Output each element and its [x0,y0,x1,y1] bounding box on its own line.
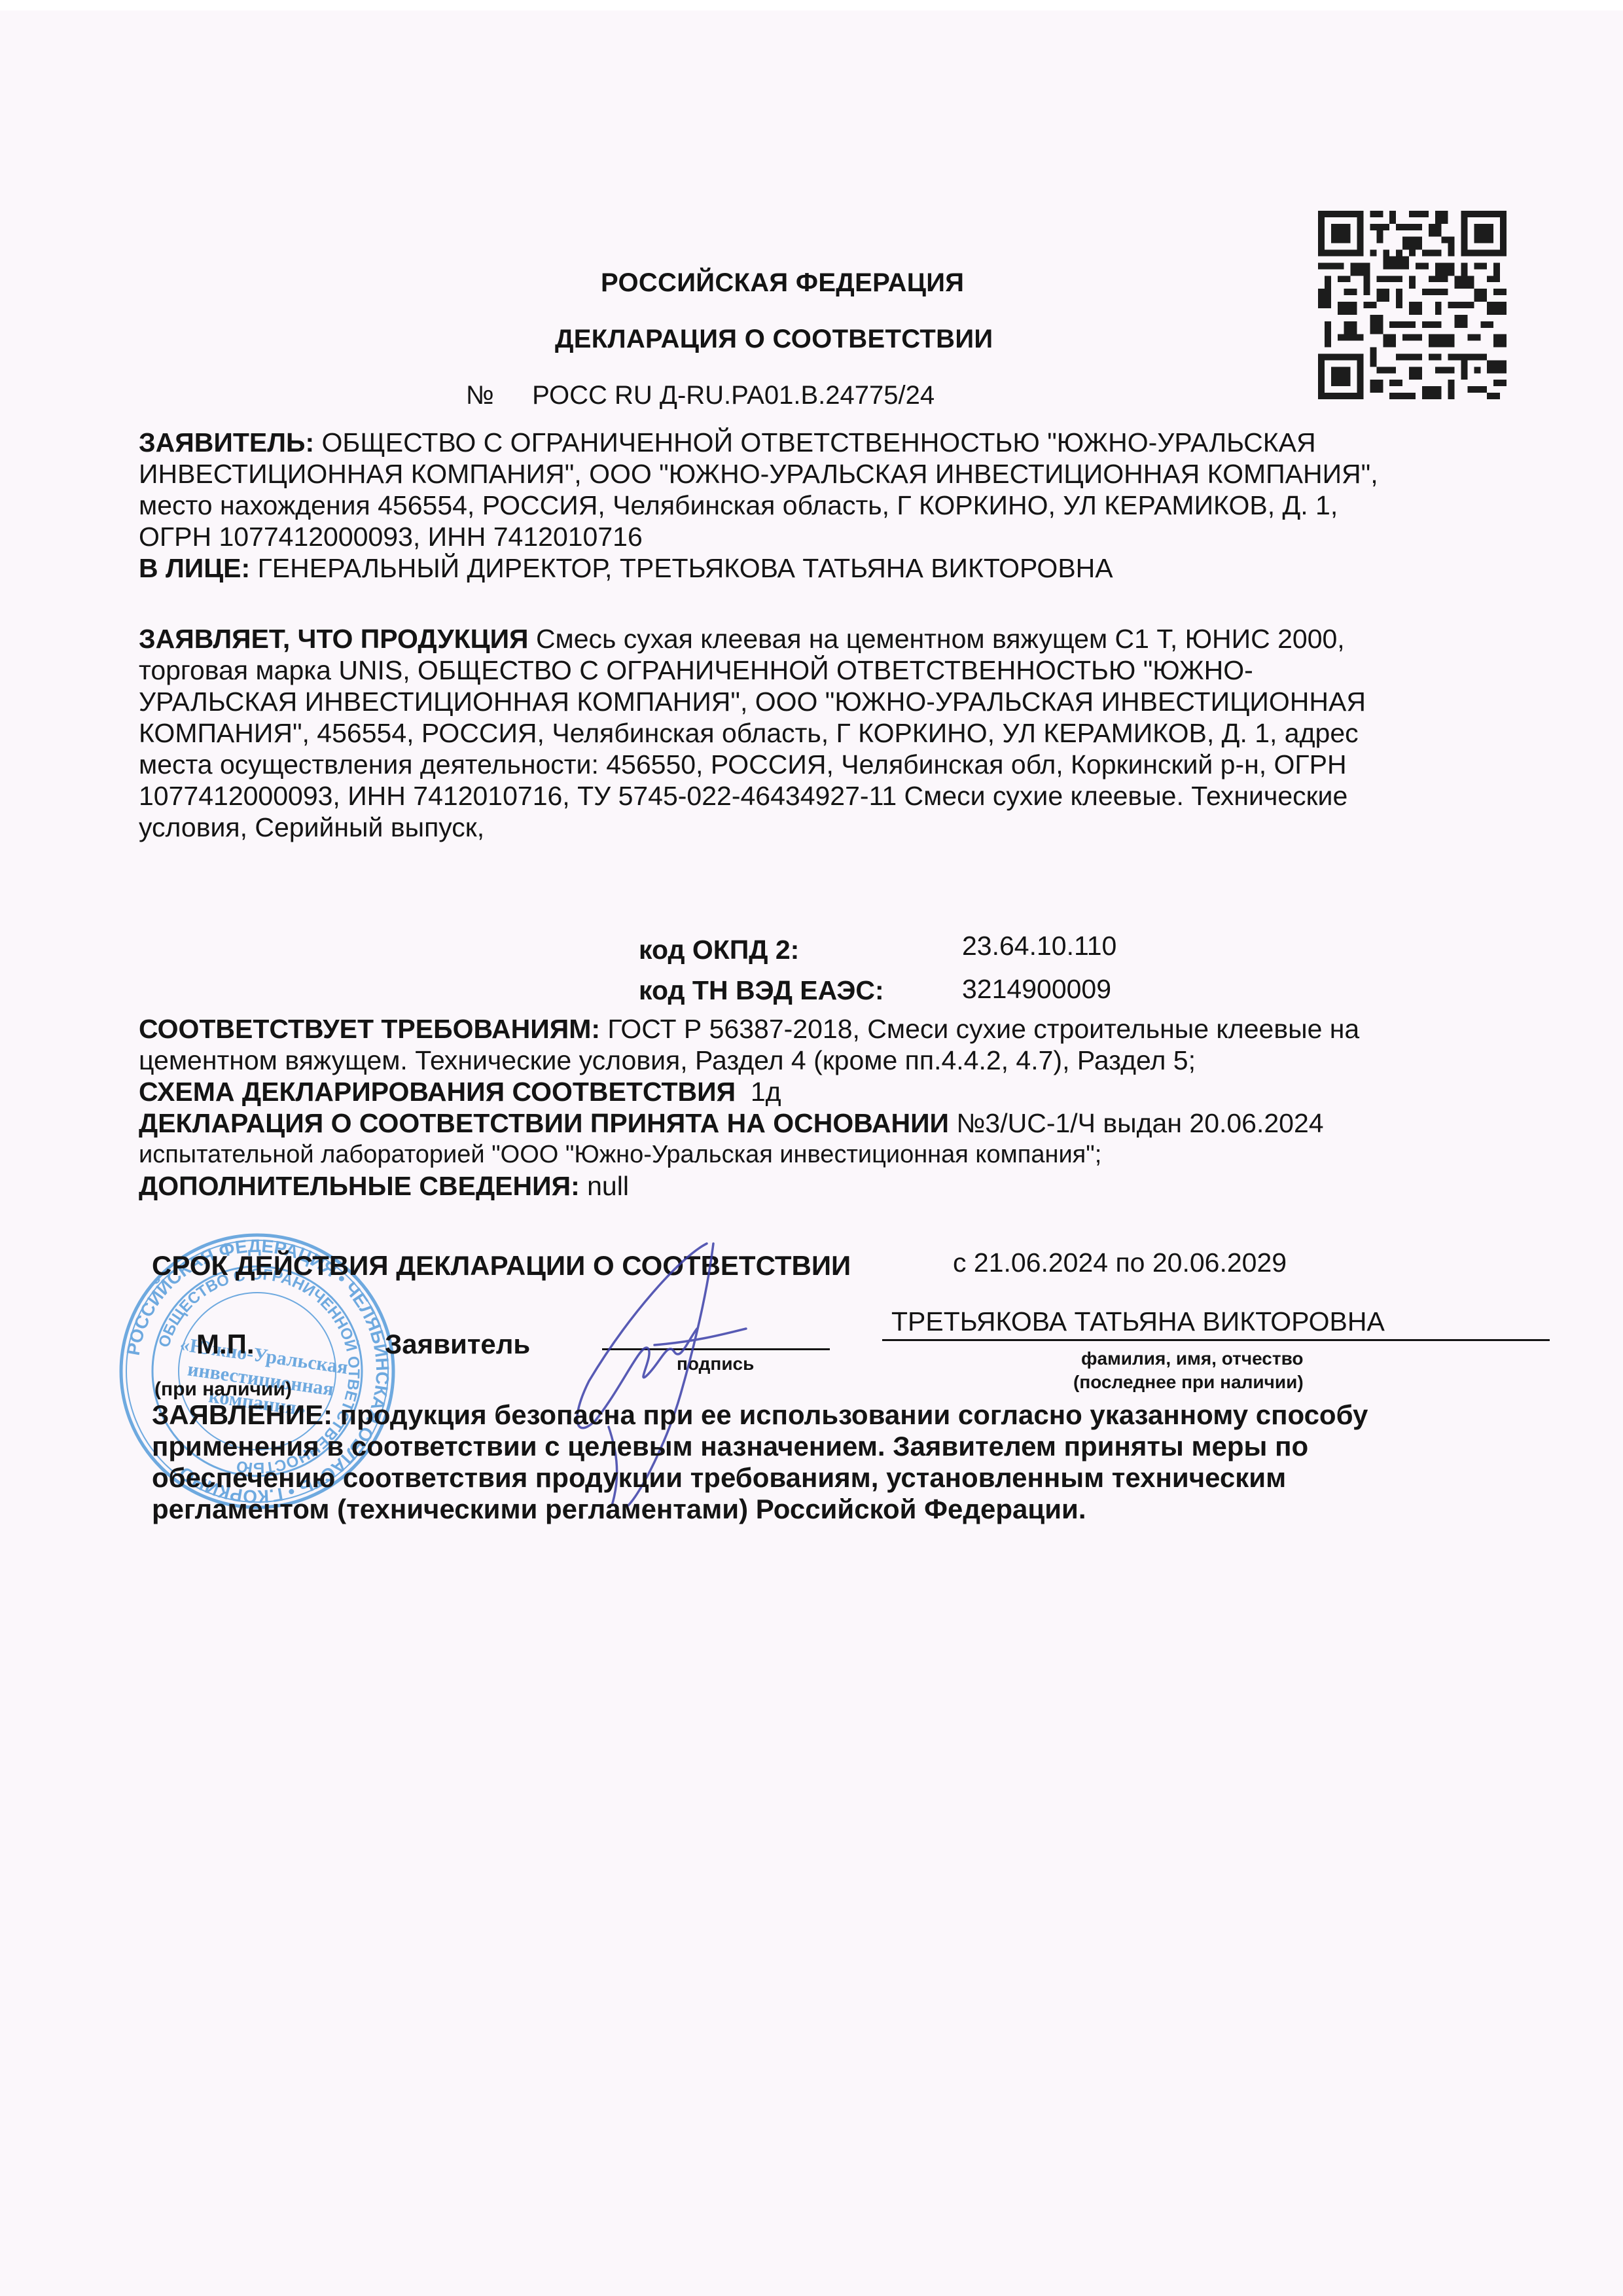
represented-value: ГЕНЕРАЛЬНЫЙ ДИРЕКТОР, ТРЕТЬЯКОВА ТАТЬЯНА… [258,553,1113,583]
name-caption: фамилия, имя, отчество [1081,1348,1304,1369]
statement-line: ЗАЯВЛЕНИЕ: продукция безопасна при ее ис… [152,1399,1368,1431]
conformity-statement: ЗАЯВЛЕНИЕ: продукция безопасна при ее ис… [152,1399,1368,1525]
basis-label: ДЕКЛАРАЦИЯ О СООТВЕТСТВИИ ПРИНЯТА НА ОСН… [139,1108,949,1138]
name-caption-note: (последнее при наличии) [1073,1372,1304,1393]
applicant-line: ИНВЕСТИЦИОННАЯ КОМПАНИЯ", ООО "ЮЖНО-УРАЛ… [139,458,1546,490]
additional-label: ДОПОЛНИТЕЛЬНЫЕ СВЕДЕНИЯ: [139,1171,580,1201]
applicant-line: ОБЩЕСТВО С ОГРАНИЧЕННОЙ ОТВЕТСТВЕННОСТЬЮ… [322,427,1316,457]
number-value: РОСС RU Д-RU.РА01.В.24775/24 [532,381,935,410]
product-line: места осуществления деятельности: 456550… [139,749,1546,780]
tnved-code-value: 3214900009 [962,974,1111,1005]
requirements-section: СООТВЕТСТВУЕТ ТРЕБОВАНИЯМ: ГОСТ Р 56387-… [139,1013,1546,1202]
statement-line: регламентом (техническими регламентами) … [152,1494,1368,1525]
applicant-section: ЗАЯВИТЕЛЬ: ОБЩЕСТВО С ОГРАНИЧЕННОЙ ОТВЕТ… [139,427,1546,584]
requirements-label: СООТВЕТСТВУЕТ ТРЕБОВАНИЯМ: [139,1014,600,1044]
name-line [882,1339,1550,1341]
qr-code-icon [1318,211,1507,399]
basis-lab: испытательной лабораторией "ООО "Южно-Ур… [139,1139,1546,1170]
document-number: № РОСС RU Д-RU.РА01.В.24775/24 [466,381,935,410]
tnved-code-label: код ТН ВЭД ЕАЭС: [639,975,884,1006]
product-line: КОМПАНИЯ", 456554, РОССИЯ, Челябинская о… [139,717,1546,749]
product-line: УРАЛЬСКАЯ ИНВЕСТИЦИОННАЯ КОМПАНИЯ", ООО … [139,686,1546,717]
statement-line: применения в соответствии с целевым назн… [152,1431,1368,1462]
represented-label: В ЛИЦЕ: [139,553,250,583]
product-label: ЗАЯВЛЯЕТ, ЧТО ПРОДУКЦИЯ [139,624,529,654]
requirements-value: ГОСТ Р 56387-2018, Смеси сухие строитель… [607,1014,1359,1044]
scheme-label: СХЕМА ДЕКЛАРИРОВАНИЯ СООТВЕТСТВИЯ [139,1077,736,1107]
product-line: торговая марка UNIS, ОБЩЕСТВО С ОГРАНИЧЕ… [139,655,1546,686]
country-heading: РОССИЙСКАЯ ФЕДЕРАЦИЯ [601,268,964,298]
seal-note: (при наличии) [154,1378,292,1401]
scan-top-edge [0,0,1623,10]
product-section: ЗАЯВЛЯЕТ, ЧТО ПРОДУКЦИЯ Смесь сухая клее… [139,623,1546,843]
validity-value: с 21.06.2024 по 20.06.2029 [953,1247,1287,1278]
okpd-code-label: код ОКПД 2: [639,935,799,965]
product-line: 1077412000093, ИНН 7412010716, ТУ 5745-0… [139,780,1546,812]
applicant-label: ЗАЯВИТЕЛЬ: [139,427,314,457]
statement-line: обеспечению соответствия продукции требо… [152,1462,1368,1494]
number-sign: № [466,381,494,410]
signatory-name: ТРЕТЬЯКОВА ТАТЬЯНА ВИКТОРОВНА [891,1306,1385,1337]
scheme-value: 1д [751,1077,781,1107]
okpd-code-value: 23.64.10.110 [962,931,1116,961]
basis-value: №3/UC-1/Ч выдан 20.06.2024 [956,1108,1323,1138]
seal-label: М.П. [196,1329,255,1360]
applicant-address: место нахождения 456554, РОССИЯ, Челябин… [139,490,1546,521]
additional-value: null [587,1171,629,1201]
document-title: ДЕКЛАРАЦИЯ О СООТВЕТСТВИИ [555,325,993,354]
applicant-ids: ОГРН 1077412000093, ИНН 7412010716 [139,521,1546,552]
product-line: Смесь сухая клеевая на цементном вяжущем… [536,624,1345,654]
applicant-sign-label: Заявитель [385,1329,530,1360]
product-line: условия, Серийный выпуск, [139,812,1546,843]
requirements-value: цементном вяжущем. Технические условия, … [139,1045,1546,1076]
